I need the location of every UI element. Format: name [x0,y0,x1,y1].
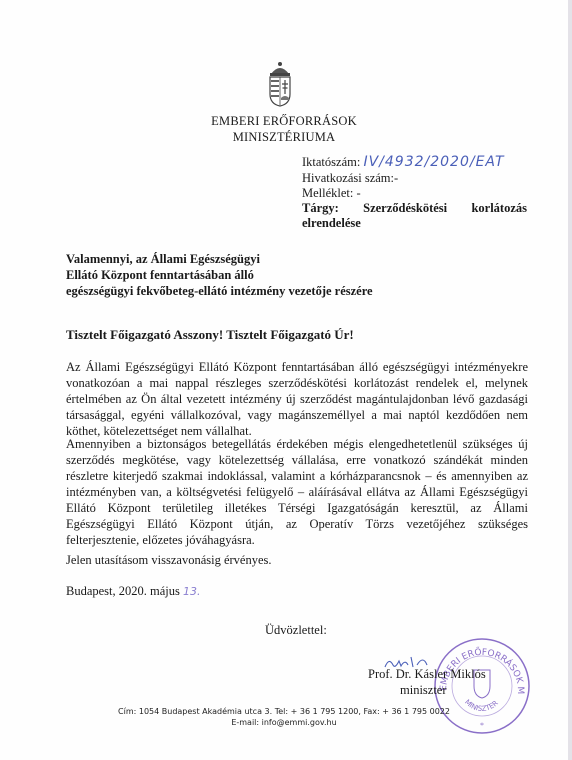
registration-value: IV/4932/2020/EAT [363,154,504,170]
paragraph: Jelen utasításom visszavonásig érvényes. [66,552,528,568]
handwritten-day: 13. [183,585,201,598]
registration-label: Iktatószám: [302,155,360,169]
salutation: Tisztelt Főigazgató Asszony! Tisztelt Fő… [66,327,354,343]
ministry-name-line1: EMBERI ERŐFORRÁSOK [0,114,568,129]
place-date: Budapest, 2020. május 13. [66,584,201,599]
subject-line2: elrendelése [302,216,361,231]
registration-number: Iktatószám: IV/4932/2020/EAT [302,154,505,170]
addressee-line1: Valamennyi, az Állami Egészségügyi [66,251,373,267]
signer-name: Prof. Dr. Kásler Miklós [368,667,486,682]
subject-line1: Tárgy: Szerződéskötési korlátozás [302,200,527,216]
signer-title: miniszter [400,683,447,698]
page-edge [568,0,572,760]
letter-page: EMBERI ERŐFORRÁSOK MINISZTÉRIUMA Iktatós… [0,0,568,760]
closing: Üdvözlettel: [265,623,327,638]
addressee-line3: egészségügyi fekvőbeteg-ellátó intézmény… [66,283,373,299]
paragraph: Az Állami Egészségügyi Ellátó Központ fe… [66,359,528,439]
footer-email: E-mail: info@emmi.gov.hu [0,718,568,727]
ministry-name-line2: MINISZTÉRIUMA [0,130,568,145]
footer-address: Cím: 1054 Budapest Akadémia utca 3. Tel:… [0,707,568,716]
addressee-line2: Ellátó Központ fenntartásában álló [66,267,373,283]
addressee: Valamennyi, az Állami Egészségügyi Ellát… [66,251,373,299]
attachment: Melléklet: - [302,185,361,201]
paragraph: Amennyiben a biztonságos betegellátás ér… [66,436,528,548]
place-date-text: Budapest, 2020. május [66,584,180,598]
hungarian-coat-of-arms-icon [265,60,295,108]
reference-number: Hivatkozási szám:- [302,170,398,186]
